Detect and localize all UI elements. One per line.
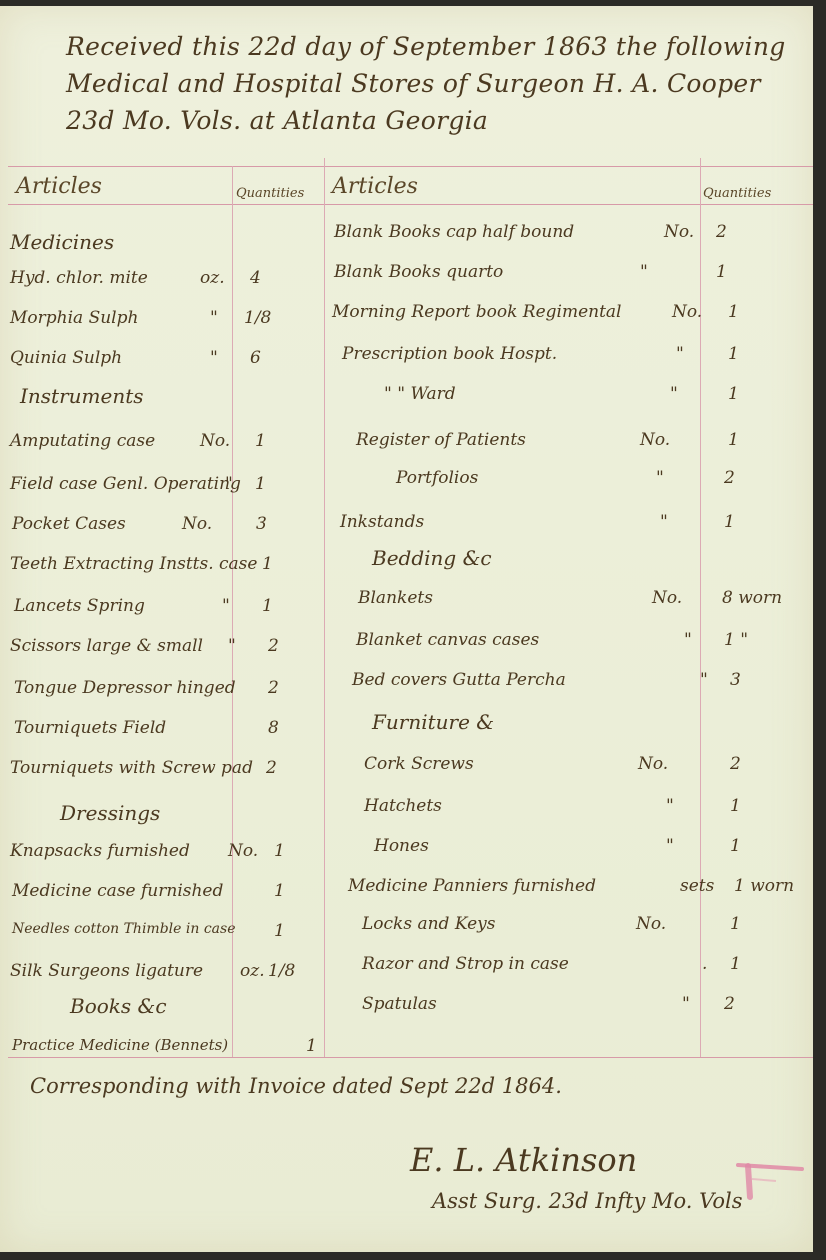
list-item: Inkstands	[340, 512, 424, 532]
list-item: Hones	[374, 836, 429, 856]
list-item: Razor and Strop in case	[362, 954, 569, 974]
list-item: Tourniquets with Screw pad	[10, 758, 253, 778]
list-item-quantity: 1/8	[268, 961, 295, 981]
list-item-quantity: 1 worn	[734, 876, 794, 896]
list-item-unit: No.	[640, 430, 670, 450]
list-item-quantity: 2	[730, 754, 741, 774]
section-instruments: Instruments	[20, 384, 144, 408]
list-item-quantity: 1	[274, 921, 285, 941]
list-item-quantity: 3	[256, 514, 267, 534]
list-item-unit: "	[676, 344, 684, 364]
document-heading: Received this 22d day of September 1863 …	[66, 28, 806, 139]
table-bottom-rule	[8, 1057, 813, 1058]
section-dressings: Dressings	[60, 801, 160, 825]
list-item: Amputating case	[10, 431, 155, 451]
list-item-quantity: 1	[730, 954, 741, 974]
list-item-unit: sets	[680, 876, 714, 896]
list-item: Blanket canvas cases	[356, 630, 539, 650]
list-item-unit: "	[670, 384, 678, 404]
list-item: Silk Surgeons ligature	[10, 961, 203, 981]
list-item: " " Ward	[384, 384, 456, 404]
list-item-quantity: 1	[730, 836, 741, 856]
list-item-quantity: 1	[724, 512, 735, 532]
left-articles-header: Articles	[16, 174, 102, 199]
list-item-quantity: 4	[250, 268, 261, 288]
list-item: Needles cotton Thimble in case	[12, 921, 235, 937]
list-item: Scissors large & small	[10, 636, 203, 656]
right-quantities-header: Quantities	[703, 186, 771, 201]
list-item: Blank Books cap half bound	[334, 222, 574, 242]
list-item-unit: "	[210, 348, 218, 368]
list-item: Teeth Extracting Instts. case	[10, 554, 257, 574]
list-item: Prescription book Hospt.	[342, 344, 557, 364]
list-item-quantity: 2	[268, 678, 279, 698]
list-item-unit: No.	[228, 841, 258, 861]
list-item: Tongue Depressor hinged	[14, 678, 236, 698]
list-item: Hyd. chlor. mite	[10, 268, 148, 288]
list-item-quantity: 1	[262, 596, 273, 616]
list-item: Medicine case furnished	[12, 881, 223, 901]
list-item-unit: No.	[200, 431, 230, 451]
list-item-unit: No.	[182, 514, 212, 534]
header-bottom-rule	[8, 204, 813, 205]
list-item: Lancets Spring	[14, 596, 145, 616]
section-books: Books &c	[70, 994, 167, 1018]
list-item-unit: oz.	[240, 961, 265, 981]
list-item: Spatulas	[362, 994, 437, 1014]
list-item: Morning Report book Regimental	[332, 302, 622, 322]
list-item: Bed covers Gutta Percha	[352, 670, 566, 690]
list-item: Portfolios	[396, 468, 478, 488]
list-item-quantity: 2	[724, 468, 735, 488]
list-item: Cork Screws	[364, 754, 474, 774]
heading-line-3: 23d Mo. Vols. at Atlanta Georgia	[66, 102, 806, 139]
list-item-unit: "	[210, 308, 218, 328]
signature: E. L. Atkinson	[410, 1141, 637, 1179]
list-item-unit: oz.	[200, 268, 225, 288]
list-item-quantity: 1	[728, 384, 739, 404]
list-item-quantity: 2	[268, 636, 279, 656]
list-item-quantity: 1	[728, 302, 739, 322]
section-furniture: Furniture &	[372, 710, 494, 734]
list-item-quantity: 6	[250, 348, 261, 368]
right-articles-header: Articles	[332, 174, 418, 199]
list-item-unit: .	[702, 954, 707, 974]
list-item-quantity: 1	[728, 430, 739, 450]
list-item-quantity: 1	[728, 344, 739, 364]
list-item: Morphia Sulph	[10, 308, 138, 328]
list-item: Field case Genl. Operating	[10, 474, 241, 494]
table-top-rule	[8, 166, 813, 167]
list-item: Pocket Cases	[12, 514, 126, 534]
left-quantities-header: Quantities	[236, 186, 304, 201]
list-item-quantity: 8	[268, 718, 279, 738]
list-item: Medicine Panniers furnished	[348, 876, 596, 896]
right-qty-divider	[700, 158, 701, 1057]
section-bedding: Bedding &c	[372, 546, 492, 570]
invoice-note: Corresponding with Invoice dated Sept 22…	[30, 1074, 562, 1098]
pink-f-stamp-icon	[736, 1161, 806, 1201]
center-divider	[324, 158, 325, 1057]
list-item: Register of Patients	[356, 430, 526, 450]
list-item: Locks and Keys	[362, 914, 495, 934]
list-item-unit: "	[684, 630, 692, 650]
list-item: Practice Medicine (Bennets)	[12, 1036, 228, 1054]
list-item-quantity: 2	[716, 222, 727, 242]
list-item-quantity: 1	[274, 841, 285, 861]
list-item-unit: "	[225, 474, 233, 494]
list-item-unit: "	[640, 262, 648, 282]
list-item: Knapsacks furnished	[10, 841, 190, 861]
list-item-quantity: 2	[724, 994, 735, 1014]
list-item-unit: "	[666, 796, 674, 816]
list-item: Hatchets	[364, 796, 442, 816]
section-medicines: Medicines	[10, 230, 114, 254]
list-item-unit: "	[222, 596, 230, 616]
heading-line-2: Medical and Hospital Stores of Surgeon H…	[66, 65, 806, 102]
list-item-unit: "	[682, 994, 690, 1014]
heading-line-1: Received this 22d day of September 1863 …	[66, 28, 806, 65]
list-item-unit: "	[660, 512, 668, 532]
list-item: Tourniquets Field	[14, 718, 166, 738]
list-item-quantity: 1	[255, 474, 266, 494]
list-item: Blank Books quarto	[334, 262, 503, 282]
signatory-title: Asst Surg. 23d Infty Mo. Vols	[432, 1189, 743, 1213]
list-item-unit: No.	[636, 914, 666, 934]
list-item-unit: No.	[652, 588, 682, 608]
list-item: Blankets	[358, 588, 433, 608]
list-item-quantity: 8 worn	[722, 588, 782, 608]
list-item-quantity: 1	[730, 796, 741, 816]
list-item-quantity: 1	[730, 914, 741, 934]
list-item-unit: "	[700, 670, 708, 690]
list-item-quantity: 1	[262, 554, 273, 574]
document-page: Received this 22d day of September 1863 …	[0, 6, 813, 1252]
list-item-unit: No.	[638, 754, 668, 774]
list-item-quantity: 1	[274, 881, 285, 901]
list-item-quantity: 3	[730, 670, 741, 690]
list-item-quantity: 1/8	[244, 308, 271, 328]
list-item-unit: "	[656, 468, 664, 488]
list-item-quantity: 1	[306, 1036, 317, 1056]
list-item-unit: No.	[672, 302, 702, 322]
list-item-quantity: 1	[716, 262, 727, 282]
list-item: Quinia Sulph	[10, 348, 122, 368]
list-item-unit: "	[666, 836, 674, 856]
list-item-quantity: 1	[255, 431, 266, 451]
list-item-unit: No.	[664, 222, 694, 242]
list-item-unit: "	[228, 636, 236, 656]
list-item-quantity: 2	[266, 758, 277, 778]
list-item-quantity: 1 "	[724, 630, 748, 650]
